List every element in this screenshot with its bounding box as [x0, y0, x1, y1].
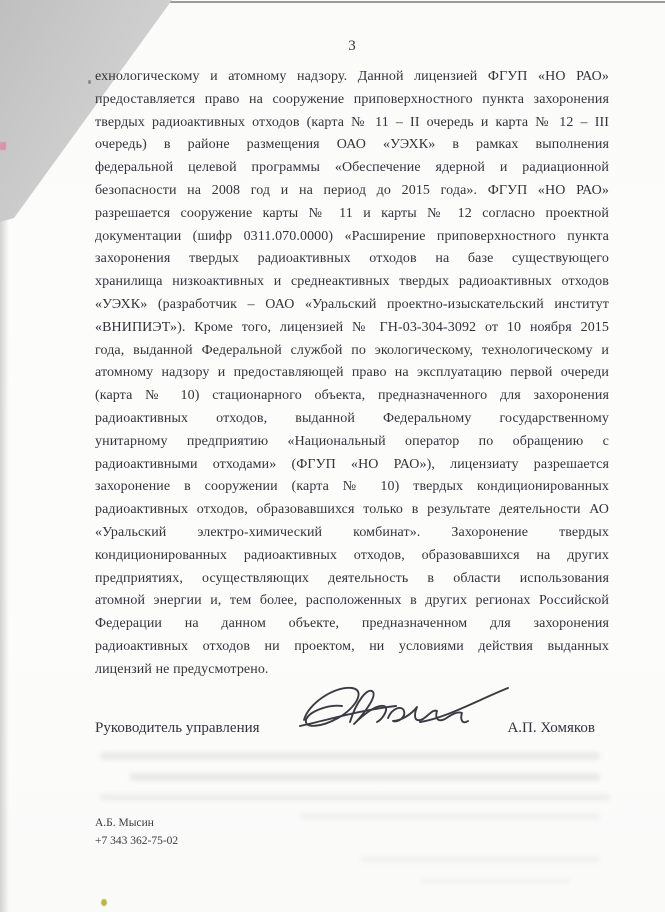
- bleedthrough-ghost-line: [100, 794, 610, 801]
- bleedthrough-ghost-line: [420, 878, 570, 884]
- pink-edge-mark: [0, 142, 6, 150]
- bleedthrough-ghost-line: [300, 813, 600, 820]
- body-line: федеральной целевой программы «Обеспечен…: [95, 157, 609, 180]
- body-line: документации (шифр 0311.070.0000) «Расши…: [95, 226, 609, 249]
- body-line: радиоактивных отходов ни проектом, ни ус…: [95, 636, 609, 659]
- body-line: Федерации на данном объекте, предназначе…: [95, 613, 609, 636]
- body-line: кондиционированных радиоактивных отходов…: [95, 545, 609, 568]
- signer-name: А.П. Хомяков: [507, 720, 595, 737]
- body-line: твердых радиоактивных отходов (карта № 1…: [95, 112, 609, 135]
- body-line: радиоактивными отходами» (ФГУП «НО РАО»)…: [95, 454, 609, 477]
- page-left-edge-shadow: [0, 218, 9, 912]
- handwritten-signature-icon: [298, 676, 516, 744]
- body-line: захоронения твердых радиоактивных отходо…: [95, 248, 609, 271]
- signer-role-label: Руководитель управления: [95, 720, 260, 737]
- body-line: очередь) в районе размещения ОАО «УЭХК» …: [95, 134, 609, 157]
- body-line: «УЭХК» (разработчик – ОАО «Уральский про…: [95, 294, 609, 317]
- body-line: атомному надзору и предоставляющей право…: [95, 362, 609, 385]
- scanned-letter-page: 3 ехнологическому и атомному надзору. Да…: [0, 0, 665, 912]
- body-line: радиоактивных отходов, выданной Федераль…: [95, 408, 609, 431]
- executor-phone: +7 343 362-75-02: [95, 832, 178, 850]
- bleedthrough-ghost-line: [100, 752, 600, 760]
- scanner-edge-thin-line: [100, 1, 665, 3]
- bleedthrough-ghost-line: [130, 773, 600, 781]
- body-line: «Уральский электро-химический комбинат».…: [95, 522, 609, 545]
- body-line: захоронение в сооружении (карта № 10) тв…: [95, 476, 609, 499]
- executor-name: А.Б. Мысин: [95, 814, 178, 832]
- yellow-speck: [101, 899, 107, 906]
- ink-speck: [88, 80, 91, 84]
- body-line: радиоактивных отходов, образовавшихся то…: [95, 499, 609, 522]
- body-line: ехнологическому и атомному надзору. Данн…: [95, 66, 609, 89]
- body-line: хранилища низкоактивных и среднеактивных…: [95, 271, 609, 294]
- body-line: предприятиях, осуществляющих деятельност…: [95, 568, 609, 591]
- executor-block: А.Б. Мысин +7 343 362-75-02: [95, 814, 178, 850]
- body-line: предоставляется право на сооружение прип…: [95, 89, 609, 112]
- body-line: года, выданной Федеральной службой по эк…: [95, 340, 609, 363]
- body-line: разрешается сооружение карты № 11 и карт…: [95, 203, 609, 226]
- body-line: «ВНИПИЭТ»). Кроме того, лицензией № ГН-0…: [95, 317, 609, 340]
- page-number: 3: [95, 38, 609, 55]
- body-line: атомной энергии и, тем более, расположен…: [95, 590, 609, 613]
- body-line: унитарному предприятию «Национальный опе…: [95, 431, 609, 454]
- body-line: безопасности на 2008 год и на период до …: [95, 180, 609, 203]
- body-line: (карта № 10) стационарного объекта, пред…: [95, 385, 609, 408]
- bleedthrough-ghost-line: [360, 856, 600, 863]
- letter-body: ехнологическому и атомному надзору. Данн…: [95, 66, 609, 682]
